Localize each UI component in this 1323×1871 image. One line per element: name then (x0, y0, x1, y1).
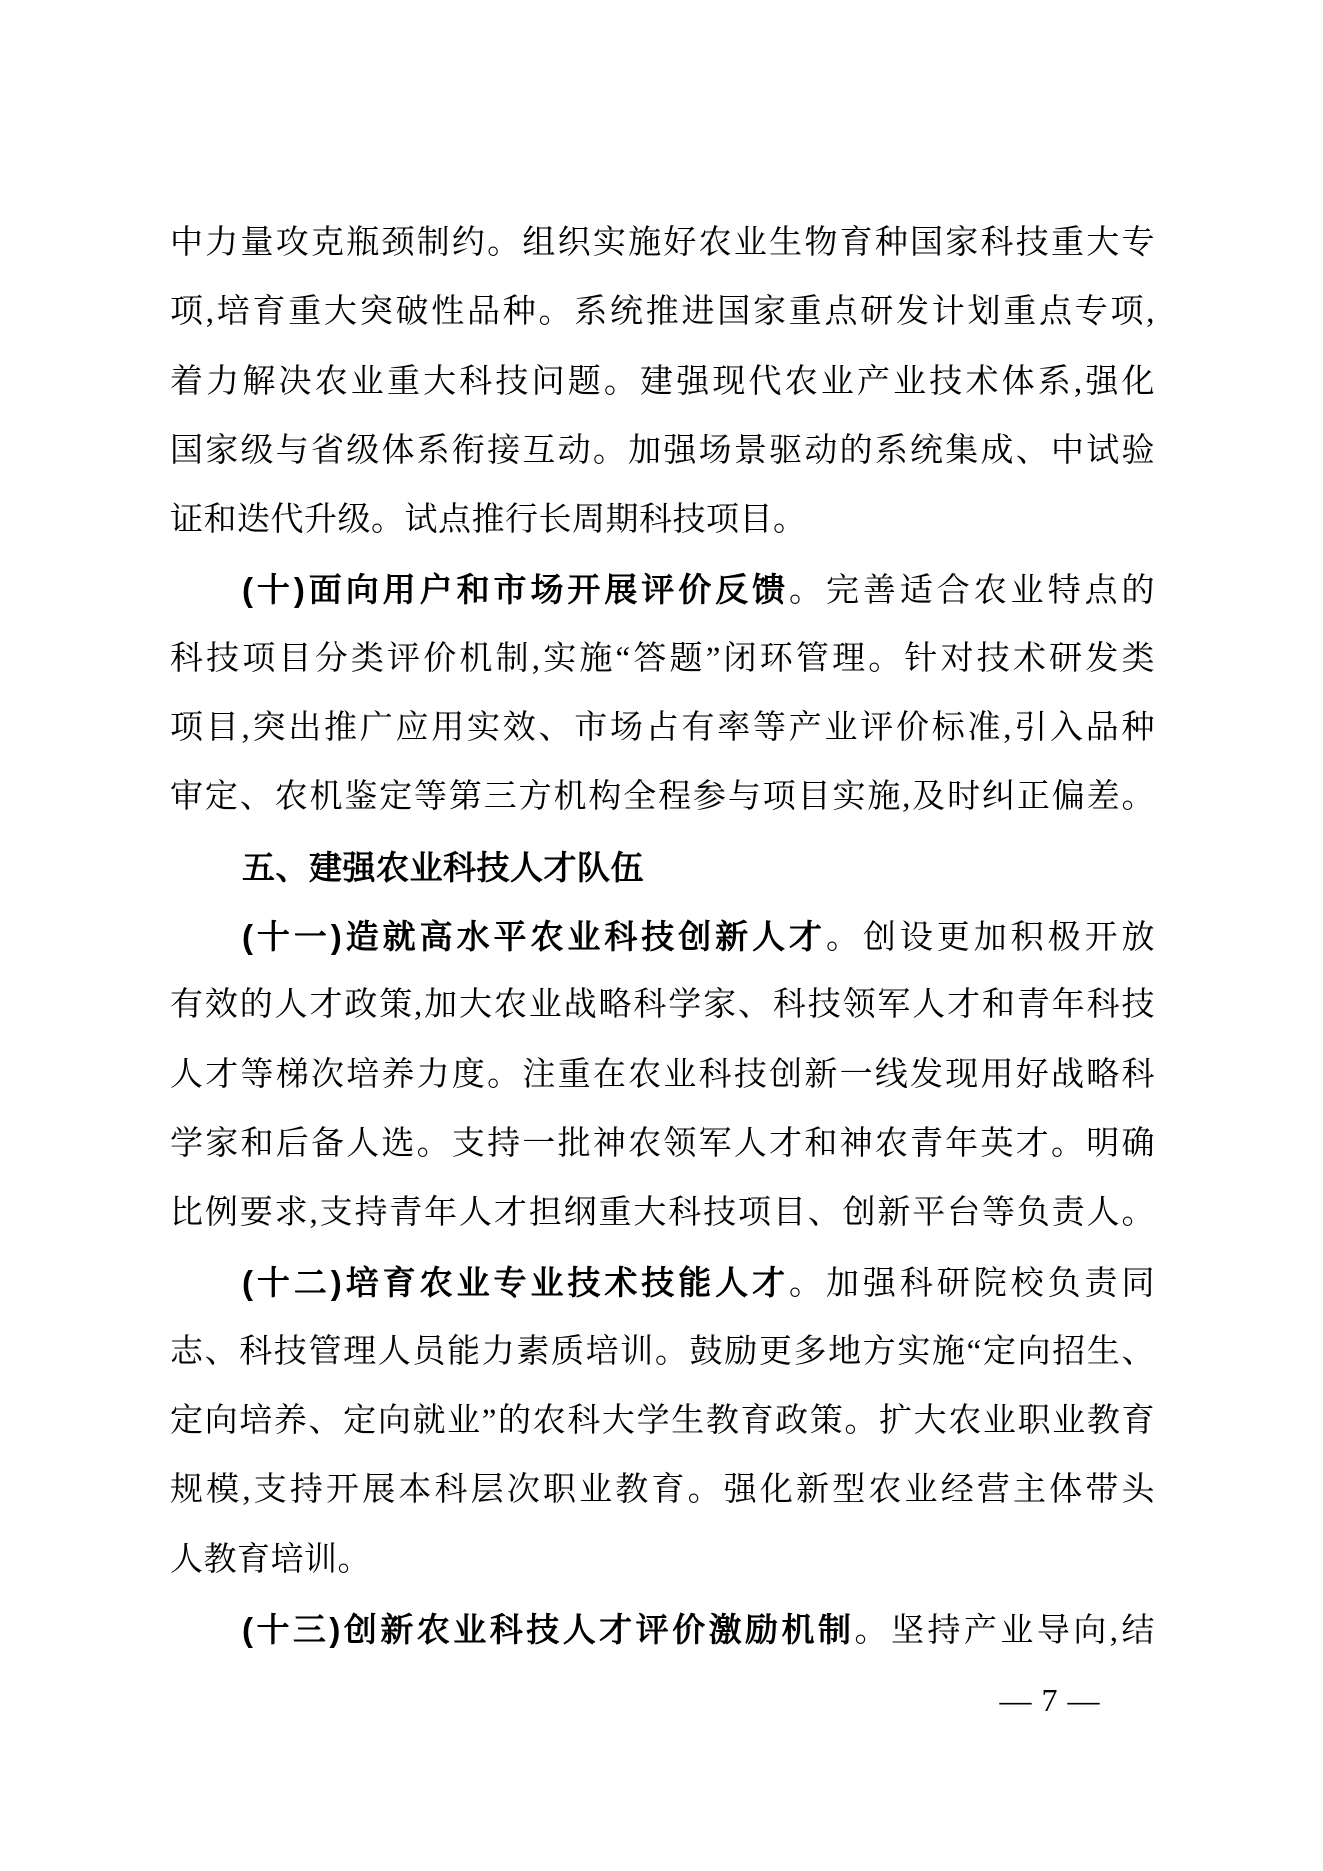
body-line-14-seg-1: 学家和后备人选。支持一批神农领军人才和神农青年英才。明确 (170, 1126, 1155, 1162)
body-line-13-seg-1: 人才等梯次培养力度。注重在农业科技创新一线发现用好战略科 (170, 1057, 1155, 1093)
body-line-19: 规模,支持开展本科层次职业教育。强化新型农业经营主体带头 (170, 1456, 1155, 1525)
body-line-15: 比例要求,支持青年人才担纲重大科技项目、创新平台等负责人。 (170, 1179, 1155, 1248)
body-line-12-seg-1: 有效的人才政策,加大农业战略科学家、科技领军人才和青年科技 (170, 987, 1155, 1023)
item-11-lead-line: (十一)造就高水平农业科技创新人才。创设更加积极开放 (170, 902, 1155, 971)
body-line-1-seg-1: 中力量攻克瓶颈制约。组织实施好农业生物育种国家科技重大专 (170, 225, 1155, 261)
item-13-lead-line-seg-2: 。坚持产业导向,结 (854, 1613, 1155, 1649)
item-12-lead-line-seg-1: (十二)培育农业专业技术技能人才 (242, 1264, 789, 1301)
body-line-17: 志、科技管理人员能力素质培训。鼓励更多地方实施“定向招生、 (170, 1318, 1155, 1387)
item-12-lead-line: (十二)培育农业专业技术技能人才。加强科研院校负责同 (170, 1248, 1155, 1317)
item-12-lead-line-seg-2: 。加强科研院校负责同 (789, 1266, 1155, 1302)
body-line-4: 国家级与省级体系衔接互动。加强场景驱动的系统集成、中试验 (170, 417, 1155, 486)
item-13-lead-line: (十三)创新农业科技人才评价激励机制。坚持产业导向,结 (170, 1595, 1155, 1664)
item-11-lead-line-seg-2: 。创设更加积极开放 (826, 920, 1155, 956)
document-body: 中力量攻克瓶颈制约。组织实施好农业生物育种国家科技重大专项,培育重大突破性品种。… (170, 209, 1155, 1664)
body-line-5-seg-1: 证和迭代升级。试点推行长周期科技项目。 (170, 502, 807, 538)
body-line-9: 审定、农机鉴定等第三方机构全程参与项目实施,及时纠正偏差。 (170, 763, 1155, 832)
item-10-lead-line: (十)面向用户和市场开展评价反馈。完善适合农业特点的 (170, 555, 1155, 624)
body-line-7-seg-1: 科技项目分类评价机制,实施“答题”闭环管理。针对技术研发类 (170, 641, 1155, 677)
item-11-lead-line-seg-1: (十一)造就高水平农业科技创新人才 (242, 918, 826, 955)
body-line-18: 定向培养、定向就业”的农科大学生教育政策。扩大农业职业教育 (170, 1387, 1155, 1456)
body-line-19-seg-1: 规模,支持开展本科层次职业教育。强化新型农业经营主体带头 (170, 1472, 1155, 1508)
page-number: — 7 — (990, 1682, 1110, 1719)
section-5-heading-seg-1: 五、建强农业科技人才队伍 (242, 849, 644, 886)
body-line-3: 着力解决农业重大科技问题。建强现代农业产业技术体系,强化 (170, 348, 1155, 417)
body-line-12: 有效的人才政策,加大农业战略科学家、科技领军人才和青年科技 (170, 971, 1155, 1040)
document-page: 中力量攻克瓶颈制约。组织实施好农业生物育种国家科技重大专项,培育重大突破性品种。… (0, 0, 1323, 1871)
body-line-8-seg-1: 项目,突出推广应用实效、市场占有率等产业评价标准,引入品种 (170, 710, 1155, 746)
body-line-20-seg-1: 人教育培训。 (170, 1542, 371, 1578)
body-line-7: 科技项目分类评价机制,实施“答题”闭环管理。针对技术研发类 (170, 625, 1155, 694)
body-line-3-seg-1: 着力解决农业重大科技问题。建强现代农业产业技术体系,强化 (170, 364, 1155, 400)
item-13-lead-line-seg-1: (十三)创新农业科技人才评价激励机制 (242, 1611, 854, 1648)
body-line-14: 学家和后备人选。支持一批神农领军人才和神农青年英才。明确 (170, 1110, 1155, 1179)
item-10-lead-line-seg-2: 。完善适合农业特点的 (789, 573, 1155, 609)
body-line-9-seg-1: 审定、农机鉴定等第三方机构全程参与项目实施,及时纠正偏差。 (170, 779, 1155, 815)
body-line-17-seg-1: 志、科技管理人员能力素质培训。鼓励更多地方实施“定向招生、 (170, 1334, 1155, 1370)
body-line-20: 人教育培训。 (170, 1526, 1155, 1595)
body-line-13: 人才等梯次培养力度。注重在农业科技创新一线发现用好战略科 (170, 1041, 1155, 1110)
body-line-18-seg-1: 定向培养、定向就业”的农科大学生教育政策。扩大农业职业教育 (170, 1403, 1155, 1439)
body-line-1: 中力量攻克瓶颈制约。组织实施好农业生物育种国家科技重大专 (170, 209, 1155, 278)
body-line-2: 项,培育重大突破性品种。系统推进国家重点研发计划重点专项, (170, 278, 1155, 347)
section-5-heading: 五、建强农业科技人才队伍 (170, 833, 1155, 902)
body-line-4-seg-1: 国家级与省级体系衔接互动。加强场景驱动的系统集成、中试验 (170, 433, 1155, 469)
body-line-8: 项目,突出推广应用实效、市场占有率等产业评价标准,引入品种 (170, 694, 1155, 763)
body-line-15-seg-1: 比例要求,支持青年人才担纲重大科技项目、创新平台等负责人。 (170, 1195, 1155, 1231)
item-10-lead-line-seg-1: (十)面向用户和市场开展评价反馈 (242, 571, 789, 608)
body-line-5: 证和迭代升级。试点推行长周期科技项目。 (170, 486, 1155, 555)
body-line-2-seg-1: 项,培育重大突破性品种。系统推进国家重点研发计划重点专项, (170, 294, 1155, 330)
